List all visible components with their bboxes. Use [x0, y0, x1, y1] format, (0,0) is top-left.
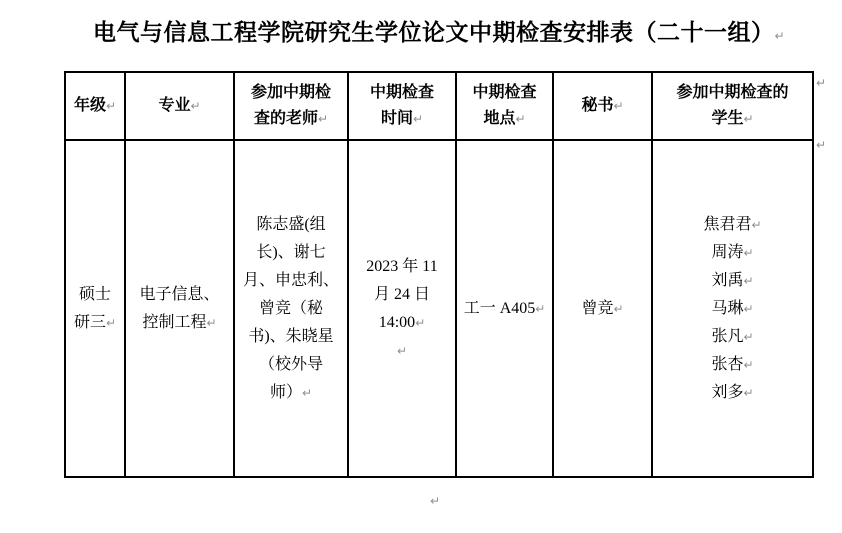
header-teachers: 参加中期检 查的老师↵ [234, 72, 348, 140]
header-location: 中期检查 地点↵ [456, 72, 553, 140]
paragraph-mark: ↵ [415, 316, 425, 330]
cell-students: 焦君君↵ 周涛↵ 刘禹↵ 马琳↵ 张凡↵ 张杏↵ 刘多↵ [652, 140, 813, 477]
paragraph-mark: ↵ [515, 112, 525, 126]
row-end-paragraph-mark: ↵ [816, 138, 826, 152]
header-major-label: 专业 [158, 97, 190, 114]
teachers-value: 陈志盛(组 长)、谢七 月、申忠利、 曾竞（秘 书)、朱晓星 （校外导 师） [243, 216, 339, 401]
paragraph-mark: ↵ [751, 218, 761, 232]
student-name-text: 周涛 [711, 244, 743, 261]
page-title-text: 电气与信息工程学院研究生学位论文中期检查安排表（二十一组） [93, 20, 775, 45]
paragraph-mark: ↵ [743, 112, 753, 126]
table-row: 硕士 研三↵ 电子信息、 控制工程↵ 陈志盛(组 长)、谢七 月、申忠利、 曾竞… [65, 140, 813, 477]
time-value: 2023 年 11 月 24 日 14:00 [366, 258, 437, 331]
paragraph-mark: ↵ [743, 358, 753, 372]
header-students-label: 参加中期检查的 学生 [676, 84, 788, 127]
paragraph-mark: ↵ [743, 330, 753, 344]
below-table-paragraph-mark: ↵ [430, 494, 440, 508]
empty-paragraph: ↵ [349, 337, 455, 365]
location-value: 工一 A405 [464, 300, 536, 317]
student-name: 马琳↵ [653, 295, 812, 323]
student-name: 张杏↵ [653, 351, 812, 379]
header-row: 年级↵ 专业↵ 参加中期检 查的老师↵ 中期检查 时间↵ 中期检查 地点↵ 秘书… [65, 72, 813, 140]
student-name: 焦君君↵ [653, 211, 812, 239]
paragraph-mark: ↵ [106, 99, 116, 113]
student-name-text: 张杏 [711, 356, 743, 373]
paragraph-mark: ↵ [318, 112, 328, 126]
paragraph-mark: ↵ [743, 246, 753, 260]
student-name-text: 马琳 [711, 300, 743, 317]
header-time-label: 中期检查 时间 [370, 84, 434, 127]
paragraph-mark: ↵ [743, 274, 753, 288]
paragraph-mark: ↵ [613, 99, 623, 113]
header-secretary-label: 秘书 [581, 97, 613, 114]
paragraph-mark: ↵ [106, 316, 116, 330]
paragraph-mark: ↵ [613, 302, 623, 316]
document-page: 电气与信息工程学院研究生学位论文中期检查安排表（二十一组）↵ 年级↵ 专业↵ 参… [0, 0, 842, 533]
header-grade-label: 年级 [74, 97, 106, 114]
header-secretary: 秘书↵ [553, 72, 652, 140]
paragraph-mark: ↵ [190, 99, 200, 113]
header-major: 专业↵ [125, 72, 234, 140]
student-name: 刘多↵ [653, 379, 812, 407]
header-location-label: 中期检查 地点 [472, 84, 536, 127]
header-grade: 年级↵ [65, 72, 125, 140]
student-name-text: 刘多 [711, 384, 743, 401]
header-students: 参加中期检查的 学生↵ [652, 72, 813, 140]
paragraph-mark: ↵ [774, 29, 785, 43]
cell-major: 电子信息、 控制工程↵ [125, 140, 234, 477]
row-end-paragraph-mark: ↵ [816, 76, 826, 90]
student-name: 刘禹↵ [653, 267, 812, 295]
student-name-text: 焦君君 [703, 216, 751, 233]
page-title: 电气与信息工程学院研究生学位论文中期检查安排表（二十一组）↵ [65, 14, 813, 47]
cell-grade: 硕士 研三↵ [65, 140, 125, 477]
paragraph-mark: ↵ [302, 386, 312, 400]
paragraph-mark: ↵ [743, 302, 753, 316]
cell-teachers: 陈志盛(组 长)、谢七 月、申忠利、 曾竞（秘 书)、朱晓星 （校外导 师）↵ [234, 140, 348, 477]
schedule-table: 年级↵ 专业↵ 参加中期检 查的老师↵ 中期检查 时间↵ 中期检查 地点↵ 秘书… [64, 71, 814, 478]
paragraph-mark: ↵ [397, 344, 407, 358]
paragraph-mark: ↵ [206, 316, 216, 330]
cell-time: 2023 年 11 月 24 日 14:00↵ ↵ [348, 140, 456, 477]
paragraph-mark: ↵ [743, 386, 753, 400]
student-name: 张凡↵ [653, 323, 812, 351]
paragraph-mark: ↵ [535, 302, 545, 316]
cell-location: 工一 A405↵ [456, 140, 553, 477]
cell-secretary: 曾竞↵ [553, 140, 652, 477]
student-name-text: 张凡 [711, 328, 743, 345]
paragraph-mark: ↵ [413, 112, 423, 126]
secretary-value: 曾竞 [581, 300, 613, 317]
header-time: 中期检查 时间↵ [348, 72, 456, 140]
student-name-text: 刘禹 [711, 272, 743, 289]
time-value-block: 2023 年 11 月 24 日 14:00↵ [349, 253, 455, 337]
student-name: 周涛↵ [653, 239, 812, 267]
